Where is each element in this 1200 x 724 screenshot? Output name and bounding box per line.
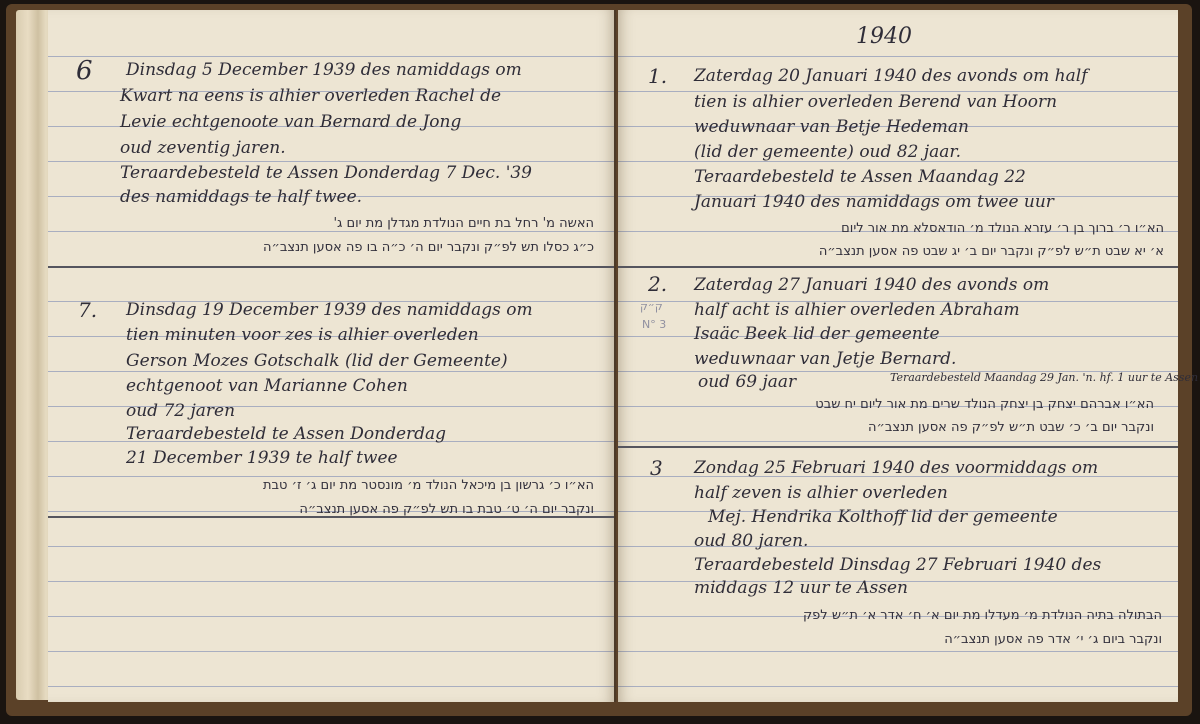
entry-line: weduwnaar van Betje Hedeman [694, 117, 969, 137]
entry-line: tien minuten voor zes is alhier overlede… [126, 325, 479, 345]
hebrew-line: הא״ו ר׳ ברוך בן ר׳ עזרא הנולד מ׳ הודאסלא… [841, 219, 1164, 239]
burial-note: Teraardebesteld Maandag 29 Jan. 'n. hf. … [890, 368, 1198, 388]
hebrew-line: הבתולה בתיה הנולדת מ׳ מעדלו מת יום א׳ ח׳… [803, 606, 1162, 626]
hebrew-line: א׳ יא שבט ת״ש לפ״ק ונקבר יום ב׳ יג שבט פ… [819, 242, 1164, 262]
entry-separator [618, 266, 1178, 268]
entry-line: Levie echtgenoote van Bernard de Jong [120, 112, 461, 132]
entry-line: Teraardebesteld te Assen Donderdag [126, 424, 446, 444]
entry-line: oud 80 jaren. [694, 531, 808, 551]
entry-number: 2. [648, 272, 667, 296]
hebrew-line: הא״ו כ׳ גרשון בן מיכאל הנולד מ׳ מונסטר מ… [263, 476, 594, 496]
entry-line: oud zeventig jaren. [120, 138, 286, 158]
entry-line: middags 12 uur te Assen [694, 578, 908, 598]
entry-line: half zeven is alhier overleden [694, 483, 948, 503]
entry-line: Teraardebesteld te Assen Donderdag 7 Dec… [120, 163, 532, 183]
entry-separator [48, 516, 614, 518]
entry-line: oud 69 jaar [698, 372, 796, 392]
margin-note: ק״ק [640, 300, 663, 313]
entry-line: oud 72 jaren [126, 401, 235, 421]
entry-line: des namiddags te half twee. [120, 187, 362, 207]
margin-note: N° 3 [642, 318, 666, 331]
entry-line: Zondag 25 Februari 1940 des voormiddags … [694, 458, 1098, 478]
year-heading: 1940 [856, 24, 912, 49]
entry-number: 3 [650, 456, 663, 480]
entry-line: Zaterdag 20 Januari 1940 des avonds om h… [694, 66, 1088, 86]
hebrew-line: ונקבר יום ב׳ כ׳ שבט ת״ש לפ״ק פה אסען תנצ… [868, 418, 1154, 438]
entry-line: Teraardebesteld te Assen Maandag 22 [694, 167, 1026, 187]
entry-line: echtgenoot van Marianne Cohen [126, 376, 408, 396]
entry-line: Kwart na eens is alhier overleden Rachel… [120, 86, 501, 106]
entry-line: Zaterdag 27 Januari 1940 des avonds om [694, 275, 1049, 295]
left-page: 6 Dinsdag 5 December 1939 des namiddags … [48, 10, 616, 702]
entry-line: half acht is alhier overleden Abraham [694, 300, 1020, 320]
hebrew-line: האשה מ' רחל בת חיים הנולדת מגדלן מת יום … [333, 214, 594, 234]
entry-line: Dinsdag 19 December 1939 des namiddags o… [126, 300, 533, 320]
entry-line: tien is alhier overleden Berend van Hoor… [694, 92, 1057, 112]
entry-separator [618, 446, 1178, 448]
entry-line: weduwnaar van Jetje Bernard. [694, 349, 956, 369]
entry-line: Mej. Hendrika Kolthoff lid der gemeente [708, 507, 1058, 527]
entry-line: Januari 1940 des namiddags om twee uur [694, 192, 1054, 212]
right-page: 1940 1. Zaterdag 20 Januari 1940 des avo… [618, 10, 1178, 702]
entry-number: 6 [76, 56, 93, 86]
hebrew-line: הא״ו אברהם יצחק בן יצחק הנולד שרים מת או… [815, 395, 1154, 415]
entry-line: Gerson Mozes Gotschalk (lid der Gemeente… [126, 351, 508, 371]
hebrew-line: ונקבר ביום ג׳ י׳ אדר פה אסען תנצב״ה [944, 630, 1162, 650]
entry-separator [48, 266, 614, 268]
entry-line: 21 December 1939 te half twee [126, 448, 398, 468]
entry-number: 1. [648, 64, 667, 88]
entry-line: Isaäc Beek lid der gemeente [694, 324, 940, 344]
entry-line: Teraardebesteld Dinsdag 27 Februari 1940… [694, 555, 1101, 575]
entry-line: Dinsdag 5 December 1939 des namiddags om [126, 60, 522, 80]
hebrew-line: כ״ג כסלו תש לפ״ק ונקבר יום ה׳ כ״ה בו פה … [263, 238, 594, 258]
entry-line: (lid der gemeente) oud 82 jaar. [694, 142, 961, 162]
entry-number: 7. [78, 298, 97, 322]
